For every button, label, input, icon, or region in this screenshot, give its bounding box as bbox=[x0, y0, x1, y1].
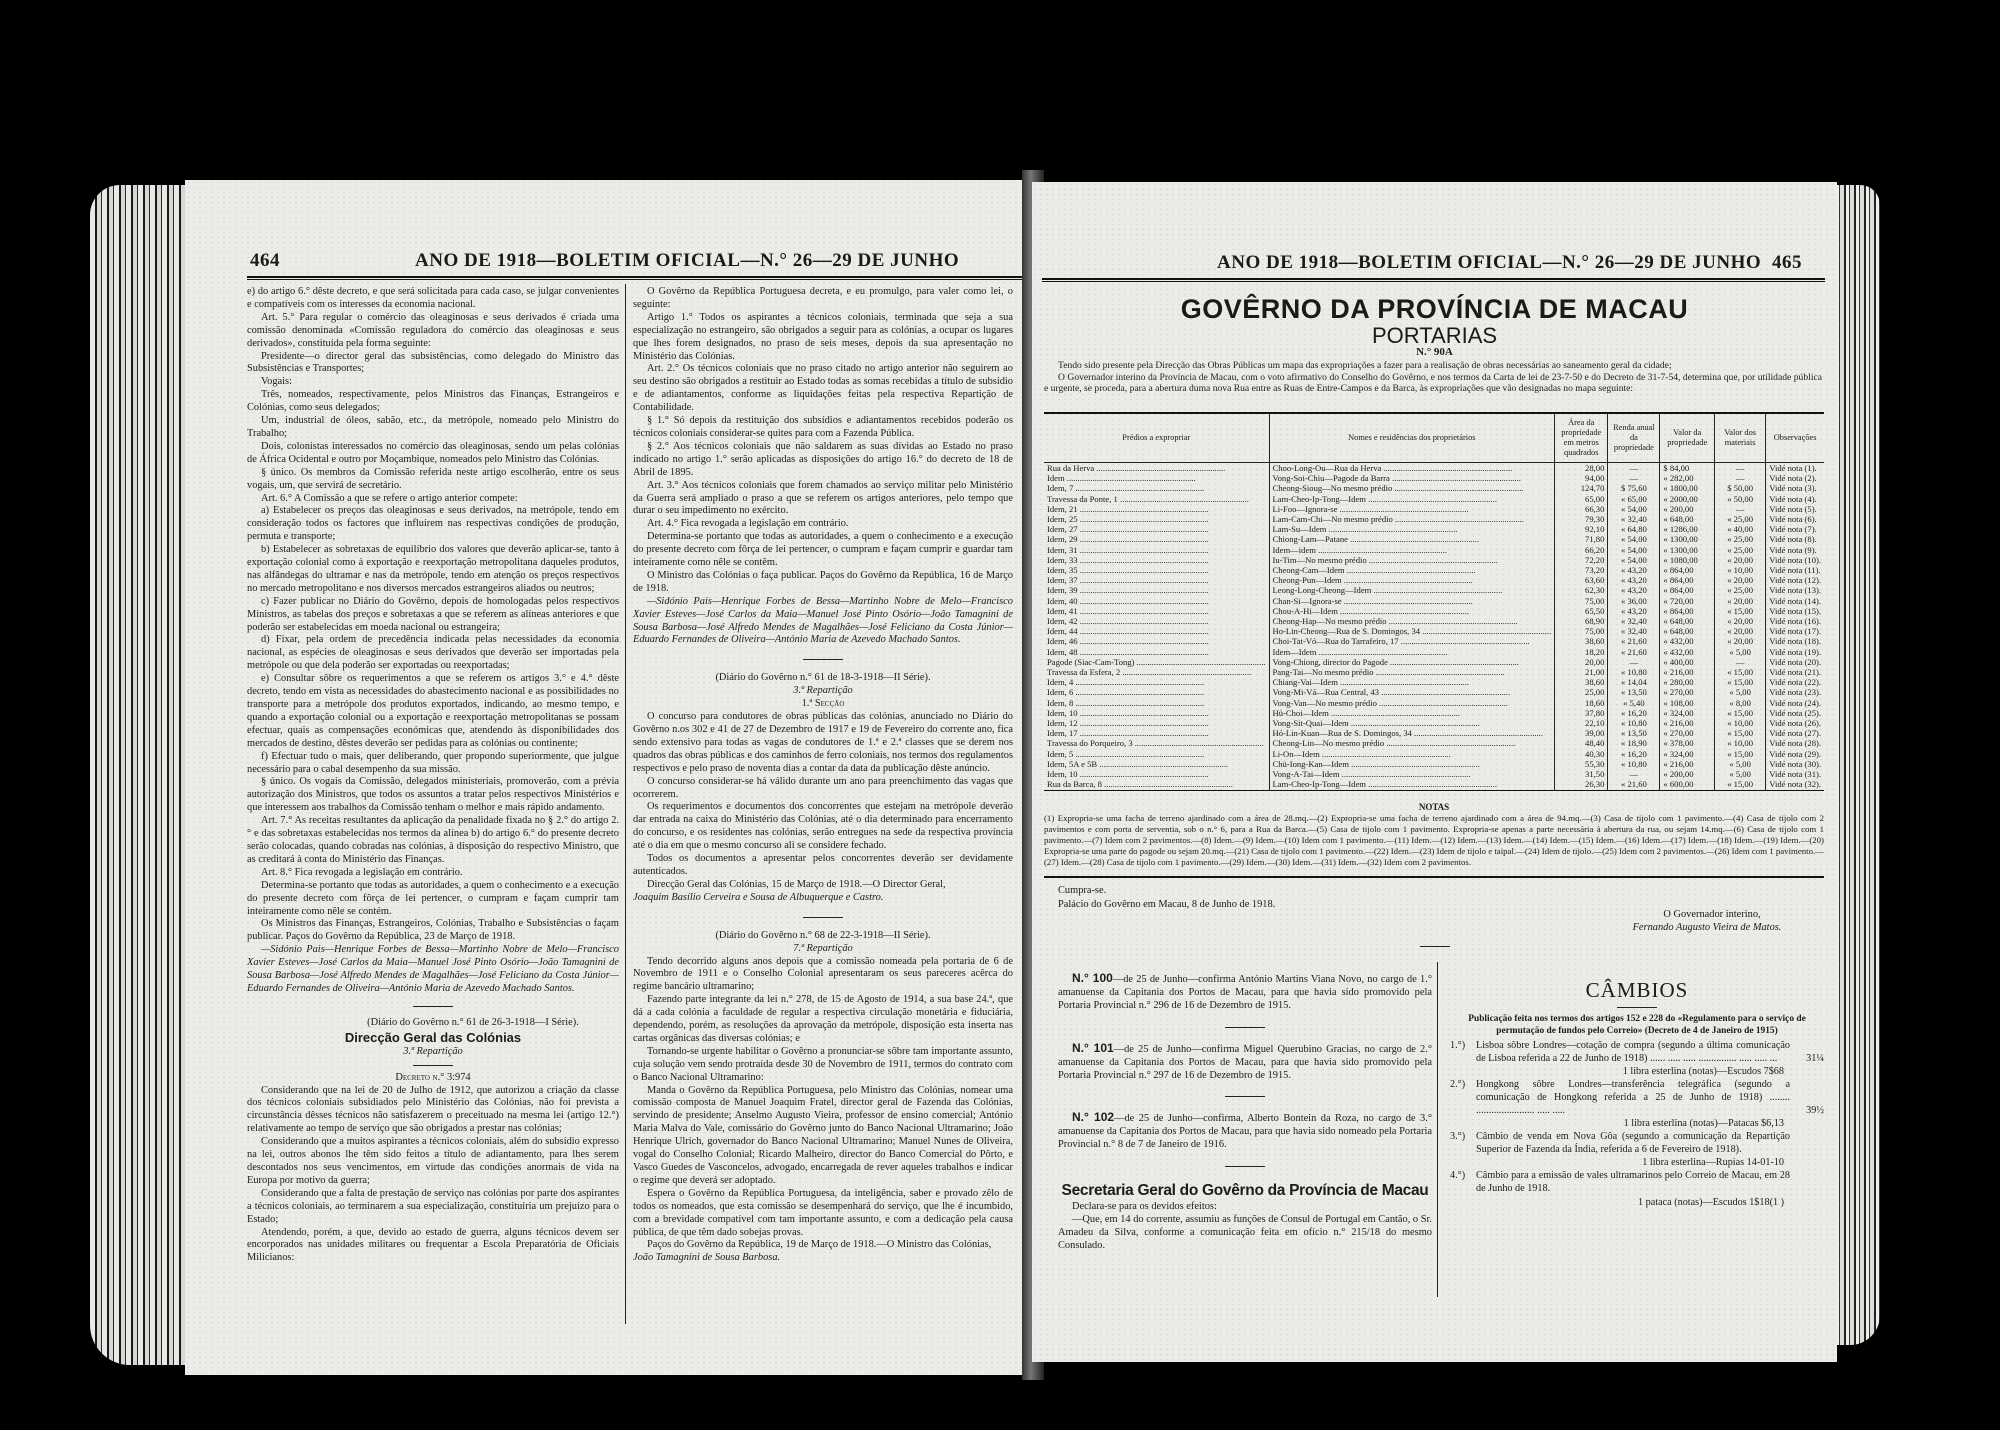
table-row: Idem, 33 ...............................… bbox=[1044, 555, 1824, 565]
page-number: 464 bbox=[250, 250, 280, 272]
table-cell: 73,20 bbox=[1555, 565, 1608, 575]
table-cell: Vong-Chiong, director do Pagode ........… bbox=[1269, 657, 1555, 667]
cumpra-se: Cumpra-se. bbox=[1058, 885, 1106, 896]
portaria-entry: N.° 102—de 25 de Junho—confirma, Alberto… bbox=[1058, 1111, 1432, 1152]
cambios-intro: Publicação feita nos termos dos artigos … bbox=[1450, 1014, 1824, 1037]
portaria-number: N.° 101 bbox=[1072, 1041, 1114, 1055]
portaria-entry: N.° 101—de 25 de Junho—confirma Miguel Q… bbox=[1058, 1042, 1432, 1083]
table-cell: Vidé nota (28). bbox=[1766, 738, 1824, 748]
portaria-text: —de 25 de Junho—confirma António Martins… bbox=[1058, 974, 1432, 1011]
table-cell: Idem—idem ..............................… bbox=[1269, 545, 1555, 555]
paragraph: Tornando-se urgente habilitar o Govêrno … bbox=[633, 1046, 1013, 1085]
table-cell: Idem, 29 ...............................… bbox=[1044, 534, 1269, 544]
table-cell: « 20,00 bbox=[1715, 555, 1766, 565]
table-cell: « 432,00 bbox=[1660, 647, 1715, 657]
table-cell: 48,40 bbox=[1555, 738, 1608, 748]
table-cell: Vidé nota (20). bbox=[1766, 657, 1824, 667]
table-cell: Cheong-Lin—No mesmo prédio .............… bbox=[1269, 738, 1555, 748]
table-cell: Idem, 7 ................................… bbox=[1044, 483, 1269, 493]
table-cell: « 324,00 bbox=[1660, 708, 1715, 718]
cambios-item: 4.°)Câmbio para a emissão de vales ultra… bbox=[1450, 1170, 1824, 1195]
table-cell: Vidé nota (25). bbox=[1766, 708, 1824, 718]
table-cell: « 2000,00 bbox=[1660, 494, 1715, 504]
item-label: 2.°) bbox=[1450, 1079, 1476, 1117]
separator bbox=[413, 1006, 453, 1007]
table-cell: « 1300,00 bbox=[1660, 534, 1715, 544]
paragraph: Paços do Govêrno da República, 19 de Mar… bbox=[633, 1239, 1013, 1252]
table-cell: Cheong-Cam—Idem ........................… bbox=[1269, 565, 1555, 575]
table-cell: « 16,20 bbox=[1608, 749, 1660, 759]
table-cell: Rua da Herva ...........................… bbox=[1044, 463, 1269, 474]
table-cell: Vidé nota (1). bbox=[1766, 463, 1824, 474]
table-cell: — bbox=[1715, 463, 1766, 474]
source-reference: (Diário do Govêrno n.° 61 de 26-3-1918—I… bbox=[247, 1017, 619, 1030]
page-number: 465 bbox=[1772, 252, 1802, 274]
table-cell: 66,30 bbox=[1555, 504, 1608, 514]
table-cell: « 43,20 bbox=[1608, 565, 1660, 575]
table-cell: « 600,00 bbox=[1660, 779, 1715, 789]
table-cell: Vong-Sit-Quai—Idem .....................… bbox=[1269, 718, 1555, 728]
table-cell: « 43,20 bbox=[1608, 585, 1660, 595]
table-cell: Chü-Iong-Kan—Idem ......................… bbox=[1269, 759, 1555, 769]
portaria-number: N.° 102 bbox=[1072, 1110, 1114, 1124]
section-title: Secretaria Geral do Govêrno da Província… bbox=[1058, 1181, 1432, 1201]
table-cell: 39,00 bbox=[1555, 728, 1608, 738]
table-cell: « 1080,00 bbox=[1660, 555, 1715, 565]
table-cell: « 720,00 bbox=[1660, 596, 1715, 606]
section-subtitle: 3.ª Repartição bbox=[633, 685, 1013, 698]
separator bbox=[1617, 1007, 1657, 1008]
table-cell: « 15,00 bbox=[1715, 667, 1766, 677]
table-cell: « 32,40 bbox=[1608, 626, 1660, 636]
table-cell: Idem, 48 ...............................… bbox=[1044, 647, 1269, 657]
paragraph: Artigo 1.° Todos os aspirantes a técnico… bbox=[633, 312, 1013, 364]
table-cell: Travessa do Porqueiro, 3 ...............… bbox=[1044, 738, 1269, 748]
book-page-edges-right bbox=[1830, 185, 1880, 1345]
paragraph: f) Efectuar tudo o mais, quer deliberand… bbox=[247, 751, 619, 777]
expropriation-table-wrap: Prédios a expropriarNomes e residências … bbox=[1044, 412, 1824, 791]
table-cell: 63,60 bbox=[1555, 575, 1608, 585]
paragraph: Art. 8.° Fica revogada a legislação em c… bbox=[247, 867, 619, 880]
cambios-section: CÂMBIOSPublicação feita nos termos dos a… bbox=[1450, 977, 1824, 1210]
paragraph: e) do artigo 6.° dêste decreto, e que se… bbox=[247, 286, 619, 312]
book-page-edges-left bbox=[90, 185, 190, 1365]
table-cell: « 282,00 bbox=[1660, 473, 1715, 483]
portaria-entry: N.° 100—de 25 de Junho—confirma António … bbox=[1058, 972, 1432, 1013]
table-cell: Pang-Tai—No mesmo prédio ...............… bbox=[1269, 667, 1555, 677]
table-cell: « 54,00 bbox=[1608, 555, 1660, 565]
table-cell: 71,80 bbox=[1555, 534, 1608, 544]
table-cell: 21,00 bbox=[1555, 667, 1608, 677]
table-cell: « 200,00 bbox=[1660, 504, 1715, 514]
table-cell: Ho-Lin-Cheong—Rua de S. Domingos, 34 ...… bbox=[1269, 626, 1555, 636]
table-cell: Vidé nota (8). bbox=[1766, 534, 1824, 544]
table-cell: « 864,00 bbox=[1660, 585, 1715, 595]
table-cell: « 15,00 bbox=[1715, 728, 1766, 738]
paragraph: Art. 3.° Aos técnicos coloniais que fore… bbox=[633, 480, 1013, 519]
table-cell: 31,50 bbox=[1555, 769, 1608, 779]
table-cell: « 216,00 bbox=[1660, 667, 1715, 677]
column-header: Nomes e residências dos proprietários bbox=[1269, 414, 1555, 463]
paragraph: Fazendo parte integrante da lei n.° 278,… bbox=[633, 994, 1013, 1046]
section-title: Direcção Geral das Colónias bbox=[247, 1030, 619, 1046]
table-cell: 75,00 bbox=[1555, 596, 1608, 606]
paragraph: Tendo sido presente pela Direcção das Ob… bbox=[1044, 360, 1822, 372]
table-cell: Idem, 21 ...............................… bbox=[1044, 504, 1269, 514]
table-cell: Idem, 4 ................................… bbox=[1044, 677, 1269, 687]
table-cell: 40,30 bbox=[1555, 749, 1608, 759]
table-cell: Vidé nota (23). bbox=[1766, 687, 1824, 697]
paragraph: Os Ministros das Finanças, Estrangeiros,… bbox=[247, 918, 619, 944]
notes-text: (1) Expropria-se uma facha de terreno aj… bbox=[1044, 813, 1824, 868]
table-cell: « 32,40 bbox=[1608, 616, 1660, 626]
table-cell: Idem, 12 ...............................… bbox=[1044, 718, 1269, 728]
table-cell: « 65,00 bbox=[1608, 494, 1660, 504]
palace-dateline: Palácio do Govêrno em Macau, 8 de Junho … bbox=[1058, 899, 1275, 910]
table-cell: Idem, 8 ................................… bbox=[1044, 698, 1269, 708]
paragraph: Os requerimentos e documentos dos concor… bbox=[633, 801, 1013, 853]
header-rule bbox=[247, 276, 1030, 280]
table-cell: « 648,00 bbox=[1660, 626, 1715, 636]
table-cell: Vidé nota (2). bbox=[1766, 473, 1824, 483]
signatories: —Sidónio Pais—Henrique Forbes de Bessa—M… bbox=[633, 596, 1013, 648]
table-cell: Idem, 10 ...............................… bbox=[1044, 769, 1269, 779]
table-cell: 65,50 bbox=[1555, 606, 1608, 616]
table-cell: — bbox=[1715, 504, 1766, 514]
table-cell: Vidé nota (24). bbox=[1766, 698, 1824, 708]
paragraph: Manda o Govêrno da República Portuguesa,… bbox=[633, 1085, 1013, 1188]
paragraph: e) Consultar sôbre os requerimentos a qu… bbox=[247, 673, 619, 750]
table-cell: Idem, 39 ...............................… bbox=[1044, 585, 1269, 595]
table-cell: Vong-Soi-Chiu—Pagode da Barra ..........… bbox=[1269, 473, 1555, 483]
table-cell: « 21,60 bbox=[1608, 636, 1660, 646]
table-cell: Choi-Tat-Vó—Rua do Tarrafeiro, 17 ......… bbox=[1269, 636, 1555, 646]
table-cell: « 648,00 bbox=[1660, 616, 1715, 626]
separator bbox=[413, 1065, 453, 1066]
right-running-head: ANO DE 1918—BOLETIM OFICIAL—N.° 26—29 DE… bbox=[1032, 252, 1837, 288]
source-reference: (Diário do Govêrno n.° 61 de 18-3-1918—I… bbox=[633, 672, 1013, 685]
table-cell: « 5,00 bbox=[1715, 687, 1766, 697]
table-cell: Idem, 37 ...............................… bbox=[1044, 575, 1269, 585]
paragraph: O Govêrno da República Portuguesa decret… bbox=[633, 286, 1013, 312]
table-cell: « 20,00 bbox=[1715, 626, 1766, 636]
paragraph: O concurso para condutores de obras públ… bbox=[633, 711, 1013, 776]
section-subtitle: 3.ª Repartição bbox=[247, 1046, 619, 1059]
table-cell: Idem, 6 ................................… bbox=[1044, 687, 1269, 697]
table-cell: Rua da Barca, 8 ........................… bbox=[1044, 779, 1269, 789]
table-cell: Travessa da Ponte, 1 ...................… bbox=[1044, 494, 1269, 504]
governor-title: O Governador interino, bbox=[1602, 909, 1822, 920]
column-header: Prédios a expropriar bbox=[1044, 414, 1269, 463]
column-header: Área da propriedade em metros quadrados bbox=[1555, 414, 1608, 463]
separator bbox=[1420, 946, 1450, 947]
table-cell: — bbox=[1608, 463, 1660, 474]
table-cell: 75,00 bbox=[1555, 626, 1608, 636]
table-row: Idem, 10 ...............................… bbox=[1044, 769, 1824, 779]
table-cell: « 25,00 bbox=[1715, 514, 1766, 524]
table-row: Idem, 40 ...............................… bbox=[1044, 596, 1824, 606]
cambios-item: 2.°)Hongkong sôbre Londres—transferência… bbox=[1450, 1079, 1824, 1117]
table-cell: Vidé nota (7). bbox=[1766, 524, 1824, 534]
table-cell: « 15,00 bbox=[1715, 677, 1766, 687]
left-column-2: O Govêrno da República Portuguesa decret… bbox=[633, 286, 1013, 1265]
portaria-number: N.° 100 bbox=[1072, 971, 1113, 985]
table-cell: Vidé nota (16). bbox=[1766, 616, 1824, 626]
table-cell: 66,20 bbox=[1555, 545, 1608, 555]
table-cell: 94,00 bbox=[1555, 473, 1608, 483]
seccao-title: 1.ª Secção bbox=[633, 698, 1013, 711]
table-cell: « 10,80 bbox=[1608, 718, 1660, 728]
table-cell: Idem—Idem ..............................… bbox=[1269, 647, 1555, 657]
table-cell: « 864,00 bbox=[1660, 565, 1715, 575]
paragraph: Considerando que a falta de prestação de… bbox=[247, 1188, 619, 1227]
table-cell: 72,20 bbox=[1555, 555, 1608, 565]
paragraph: Todos os documentos a apresentar pelos c… bbox=[633, 853, 1013, 879]
table-cell: Vidé nota (30). bbox=[1766, 759, 1824, 769]
table-cell: Vidé nota (21). bbox=[1766, 667, 1824, 677]
table-cell: « 10,80 bbox=[1608, 759, 1660, 769]
table-cell: Choo-Long-Ou—Rua da Herva ..............… bbox=[1269, 463, 1555, 474]
paragraph: § 2.° Aos técnicos coloniais que não sal… bbox=[633, 441, 1013, 480]
table-cell: Cheong-Hap—No mesmo prédio .............… bbox=[1269, 616, 1555, 626]
paragraph: Tendo decorrido alguns anos depois que a… bbox=[633, 956, 1013, 995]
table-cell: 38,60 bbox=[1555, 636, 1608, 646]
table-cell: « 20,00 bbox=[1715, 616, 1766, 626]
table-cell: « 324,00 bbox=[1660, 749, 1715, 759]
table-cell: 22,10 bbox=[1555, 718, 1608, 728]
table-cell: « 20,00 bbox=[1715, 636, 1766, 646]
table-cell: « 20,00 bbox=[1715, 596, 1766, 606]
table-cell: Idem ...................................… bbox=[1044, 473, 1269, 483]
table-cell: « 864,00 bbox=[1660, 606, 1715, 616]
table-row: Idem, 42 ...............................… bbox=[1044, 616, 1824, 626]
table-cell: 79,30 bbox=[1555, 514, 1608, 524]
table-cell: Chiong-Lam—Patane ......................… bbox=[1269, 534, 1555, 544]
table-cell: Lam-Cheo-Ip-Tong—Idem ..................… bbox=[1269, 779, 1555, 789]
running-title: ANO DE 1918—BOLETIM OFICIAL—N.° 26—29 DE… bbox=[415, 250, 959, 272]
paragraph: § 1.° Só depois da restituição dos subsí… bbox=[633, 415, 1013, 441]
table-cell: 55,30 bbox=[1555, 759, 1608, 769]
table-cell: 65,00 bbox=[1555, 494, 1608, 504]
table-cell: Idem, 27 ...............................… bbox=[1044, 524, 1269, 534]
notes-rule bbox=[1044, 876, 1824, 878]
table-row: Idem, 46 ...............................… bbox=[1044, 636, 1824, 646]
table-cell: « 13,50 bbox=[1608, 687, 1660, 697]
table-row: Rua da Herva ...........................… bbox=[1044, 463, 1824, 474]
table-row: Idem, 4 ................................… bbox=[1044, 677, 1824, 687]
decree-title: Decreto n.° 3:974 bbox=[247, 1072, 619, 1085]
table-cell: Vidé nota (17). bbox=[1766, 626, 1824, 636]
table-cell: Idem, 33 ...............................… bbox=[1044, 555, 1269, 565]
column-divider bbox=[1437, 962, 1438, 1297]
paragraph: Considerando que a muitos aspirantes a t… bbox=[247, 1136, 619, 1188]
table-cell: — bbox=[1608, 657, 1660, 667]
table-cell: Cheong-Sioug—No mesmo prédio ...........… bbox=[1269, 483, 1555, 493]
table-cell: « 25,00 bbox=[1715, 545, 1766, 555]
table-cell: Hü-Choi—Idem ...........................… bbox=[1269, 708, 1555, 718]
column-header: Valor dos materiais bbox=[1715, 414, 1766, 463]
table-cell: Hó-Lin-Kuan—Rua de S. Domingos, 34 .....… bbox=[1269, 728, 1555, 738]
table-cell: « 20,00 bbox=[1715, 575, 1766, 585]
table-cell: 37,80 bbox=[1555, 708, 1608, 718]
table-cell: « 432,00 bbox=[1660, 636, 1715, 646]
main-title: GOVÊRNO DA PROVÍNCIA DE MACAU bbox=[1032, 294, 1837, 325]
table-cell: « 5,00 bbox=[1715, 769, 1766, 779]
table-cell: — bbox=[1715, 473, 1766, 483]
table-cell: Idem, 25 ...............................… bbox=[1044, 514, 1269, 524]
paragraph: Considerando que na lei de 20 de Julho d… bbox=[247, 1085, 619, 1137]
table-cell: 68,90 bbox=[1555, 616, 1608, 626]
table-cell: « 216,00 bbox=[1660, 759, 1715, 769]
notes-title: NOTAS bbox=[1044, 802, 1824, 812]
table-cell: « 18,90 bbox=[1608, 738, 1660, 748]
table-cell: Leong-Long-Cheong—Idem .................… bbox=[1269, 585, 1555, 595]
table-row: Idem, 10 ...............................… bbox=[1044, 708, 1824, 718]
left-column-1: e) do artigo 6.° dêste decreto, e que se… bbox=[247, 286, 619, 1265]
column-header: Valor da propriedade bbox=[1660, 414, 1715, 463]
table-cell: Vidé nota (10). bbox=[1766, 555, 1824, 565]
table-cell: Pagode (Siac-Cam-Tong) .................… bbox=[1044, 657, 1269, 667]
table-row: Idem, 21 ...............................… bbox=[1044, 504, 1824, 514]
table-cell: Cheong-Pun—Idem ........................… bbox=[1269, 575, 1555, 585]
item-text: Câmbio para a emissão de vales ultramari… bbox=[1476, 1170, 1790, 1195]
table-cell: « 32,40 bbox=[1608, 514, 1660, 524]
column-header: Observações bbox=[1766, 414, 1824, 463]
table-row: Idem, 12 ...............................… bbox=[1044, 718, 1824, 728]
table-cell: Li-On—Idem .............................… bbox=[1269, 749, 1555, 759]
table-cell: 62,30 bbox=[1555, 585, 1608, 595]
paragraph: Determina-se portanto que todas as autor… bbox=[633, 531, 1013, 570]
table-cell: « 16,20 bbox=[1608, 708, 1660, 718]
table-cell: « 10,00 bbox=[1715, 718, 1766, 728]
table-cell: « 25,00 bbox=[1715, 585, 1766, 595]
governor-name: Fernando Augusto Vieira de Matos. bbox=[1592, 922, 1822, 933]
table-cell: Vidé nota (26). bbox=[1766, 718, 1824, 728]
table-row: Idem, 48 ...............................… bbox=[1044, 647, 1824, 657]
table-cell: Idem, 35 ...............................… bbox=[1044, 565, 1269, 575]
table-row: Idem, 17 ...............................… bbox=[1044, 728, 1824, 738]
table-cell: Iu-Tim—No mesmo prédio .................… bbox=[1269, 555, 1555, 565]
table-cell: « 43,20 bbox=[1608, 575, 1660, 585]
portaria-text: —de 25 de Junho—confirma, Alberto Bontei… bbox=[1058, 1113, 1432, 1150]
table-cell: Vong-Van—No mesmo prédio ...............… bbox=[1269, 698, 1555, 708]
table-cell: « 10,00 bbox=[1715, 565, 1766, 575]
table-row: Idem, 37 ...............................… bbox=[1044, 575, 1824, 585]
table-cell: « 10,00 bbox=[1715, 738, 1766, 748]
item-rate: 1 libra esterlina (notas)—Patacas $6,13 bbox=[1450, 1117, 1824, 1131]
table-cell: Li-Foo—Ignora-se .......................… bbox=[1269, 504, 1555, 514]
table-row: Idem ...................................… bbox=[1044, 473, 1824, 483]
expropriation-table: Prédios a expropriarNomes e residências … bbox=[1044, 414, 1824, 790]
paragraph: d) Fixar, pela ordem de precedência indi… bbox=[247, 634, 619, 673]
table-row: Idem, 27 ...............................… bbox=[1044, 524, 1824, 534]
table-row: Pagode (Siac-Cam-Tong) .................… bbox=[1044, 657, 1824, 667]
paragraph: Art. 6.° A Comissão a que se refere o ar… bbox=[247, 493, 619, 506]
table-row: Idem, 5A e 5B ..........................… bbox=[1044, 759, 1824, 769]
item-rate: 1 pataca (notas)—Escudos 1$18(1 ) bbox=[1450, 1196, 1824, 1210]
table-cell: Vidé nota (5). bbox=[1766, 504, 1824, 514]
table-cell: « 36,00 bbox=[1608, 596, 1660, 606]
table-row: Idem, 25 ...............................… bbox=[1044, 514, 1824, 524]
table-cell: « 400,00 bbox=[1660, 657, 1715, 667]
table-row: Travessa da Esfera, 2 ..................… bbox=[1044, 667, 1824, 677]
table-cell: Vidé nota (11). bbox=[1766, 565, 1824, 575]
table-cell: Lam-Cheo-Ip-Tong—Idem ..................… bbox=[1269, 494, 1555, 504]
signatory: João Tamagnini de Sousa Barbosa. bbox=[633, 1252, 1013, 1265]
table-cell: « 43,20 bbox=[1608, 606, 1660, 616]
cambios-item: 3.°)Câmbio de venda em Nova Gôa (segundo… bbox=[1450, 1131, 1824, 1156]
table-cell: 25,00 bbox=[1555, 687, 1608, 697]
signatory: Joaquim Basílio Cerveira e Sousa de Albu… bbox=[633, 892, 1013, 905]
paragraph: Determina-se portanto que todas as autor… bbox=[247, 880, 619, 919]
item-rate: 1 libra esterlina (notas)—Escudos 7$68 bbox=[1450, 1065, 1824, 1079]
paragraph: Art. 7.° As receitas resultantes da apli… bbox=[247, 815, 619, 867]
table-cell: Vidé nota (9). bbox=[1766, 545, 1824, 555]
paragraph: Dois, colonistas interessados no comérci… bbox=[247, 441, 619, 467]
table-cell: « 280,00 bbox=[1660, 677, 1715, 687]
table-cell: Idem, 5 ................................… bbox=[1044, 749, 1269, 759]
table-cell: $ 75,60 bbox=[1608, 483, 1660, 493]
table-cell: « 54,00 bbox=[1608, 545, 1660, 555]
item-label: 3.°) bbox=[1450, 1131, 1476, 1156]
table-cell: Vidé nota (31). bbox=[1766, 769, 1824, 779]
table-cell: Vong-Mi-Vá—Rua Central, 43 .............… bbox=[1269, 687, 1555, 697]
short-portarias-column: N.° 100—de 25 de Junho—confirma António … bbox=[1058, 972, 1432, 1253]
table-cell: Idem, 17 ...............................… bbox=[1044, 728, 1269, 738]
left-running-head: 464 ANO DE 1918—BOLETIM OFICIAL—N.° 26—2… bbox=[185, 250, 1030, 286]
portaria-intro: Tendo sido presente pela Direcção das Ob… bbox=[1044, 360, 1822, 395]
paragraph: —Que, em 14 do corrente, assumiu as funç… bbox=[1058, 1214, 1432, 1253]
table-cell: Idem, 40 ...............................… bbox=[1044, 596, 1269, 606]
item-value: 31¼ bbox=[1790, 1053, 1824, 1066]
table-cell: « 50,00 bbox=[1715, 494, 1766, 504]
table-cell: Vidé nota (27). bbox=[1766, 728, 1824, 738]
separator bbox=[1225, 1027, 1265, 1028]
table-cell: — bbox=[1608, 769, 1660, 779]
table-cell: 18,20 bbox=[1555, 647, 1608, 657]
table-cell: 28,00 bbox=[1555, 463, 1608, 474]
table-cell: « 13,50 bbox=[1608, 728, 1660, 738]
separator bbox=[1225, 1166, 1265, 1167]
table-cell: Vidé nota (15). bbox=[1766, 606, 1824, 616]
table-cell: « 378,00 bbox=[1660, 738, 1715, 748]
separator bbox=[803, 659, 843, 660]
table-cell: Lam-Cam-Chi—No mesmo prédio ............… bbox=[1269, 514, 1555, 524]
paragraph: O Ministro das Colónias o faça publicar.… bbox=[633, 570, 1013, 596]
cambios-title: CÂMBIOS bbox=[1450, 977, 1824, 1003]
table-cell: Vidé nota (18). bbox=[1766, 636, 1824, 646]
table-cell: Chiang-Vai—Idem ........................… bbox=[1269, 677, 1555, 687]
paragraph: Declara-se para os devidos efeitos: bbox=[1058, 1201, 1432, 1214]
separator bbox=[1225, 1096, 1265, 1097]
table-cell: Idem, 31 ...............................… bbox=[1044, 545, 1269, 555]
portaria-number: N.° 90A bbox=[1032, 346, 1837, 358]
paragraph: § único. Os vogais da Comissão, delegado… bbox=[247, 776, 619, 815]
paragraph: Direcção Geral das Colónias, 15 de Março… bbox=[633, 879, 1013, 892]
table-cell: Vidé nota (32). bbox=[1766, 779, 1824, 789]
table-cell: Idem, 42 ...............................… bbox=[1044, 616, 1269, 626]
table-row: Idem, 7 ................................… bbox=[1044, 483, 1824, 493]
paragraph: a) Estabelecer os preços das oleaginosas… bbox=[247, 505, 619, 544]
table-cell: Vidé nota (19). bbox=[1766, 647, 1824, 657]
table-cell: « 14,04 bbox=[1608, 677, 1660, 687]
table-cell: Vidé nota (12). bbox=[1766, 575, 1824, 585]
table-cell: « 270,00 bbox=[1660, 728, 1715, 738]
table-cell: $ 84,00 bbox=[1660, 463, 1715, 474]
table-cell: « 54,00 bbox=[1608, 504, 1660, 514]
column-divider bbox=[625, 284, 626, 1324]
table-cell: $ 50,00 bbox=[1715, 483, 1766, 493]
